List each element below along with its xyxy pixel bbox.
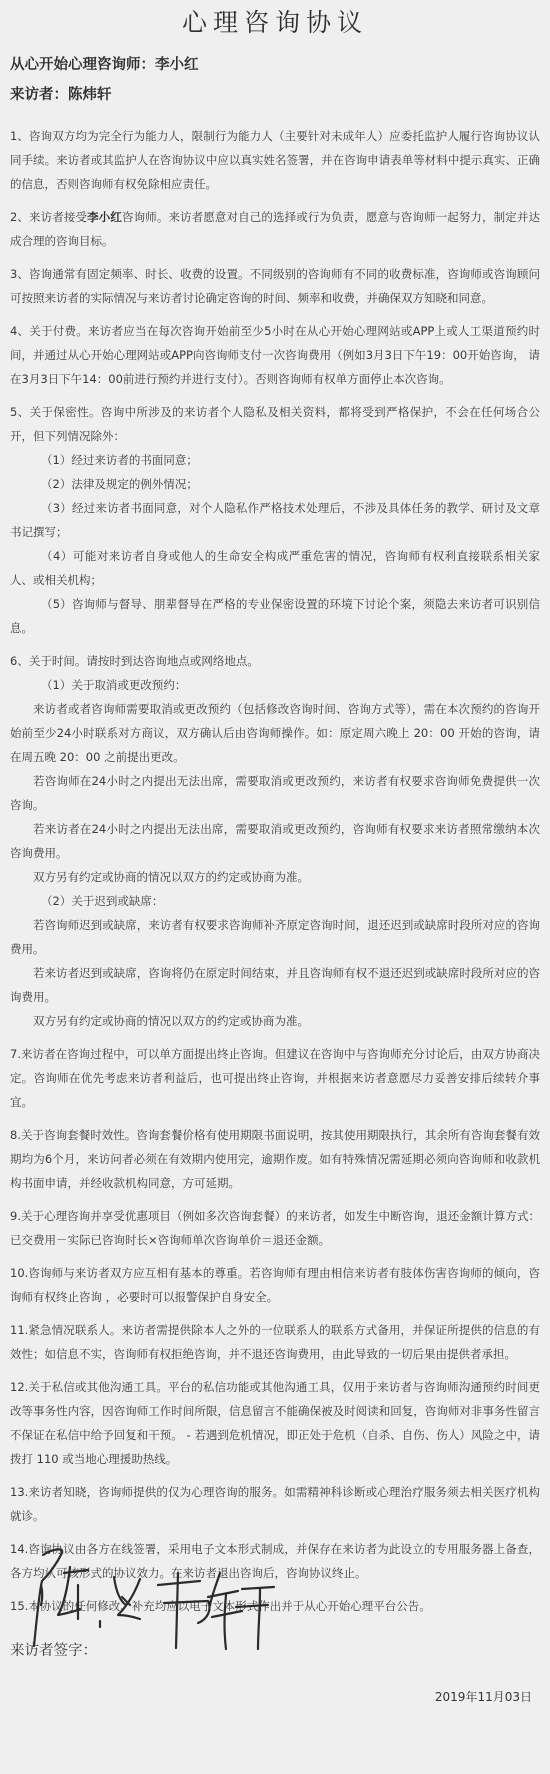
visitor-line: 来访者：陈炜轩	[10, 80, 540, 110]
clause-6-sub1-text: 双方另有约定或协商的情况以双方的约定或协商为准。	[10, 865, 540, 889]
clause-5-item: （4）可能对来访者自身或他人的生命安全构成严重危害的情况，咨询师有权利直接联系相…	[10, 544, 540, 592]
clause-6: 6、关于时间。请按时到达咨询地点或网络地点。 （1）关于取消或更改预约： 来访者…	[10, 649, 540, 1033]
clause-6-sub2-heading: （2）关于迟到或缺席：	[10, 889, 540, 913]
clause-5-item: （3）经过来访者书面同意，对个人隐私作严格技术处理后，不涉及具体任务的教学、研讨…	[10, 496, 540, 544]
clause-1: 1、咨询双方均为完全行为能力人，限制行为能力人（主要针对未成年人）应委托监护人履…	[10, 124, 540, 196]
clause-6-sub1-text: 来访者或者咨询师需要取消或更改预约（包括修改咨询时间、咨询方式等），需在本次预约…	[10, 697, 540, 769]
handwritten-signature	[30, 1545, 290, 1655]
clause-5-item: （2）法律及规定的例外情况；	[10, 472, 540, 496]
clause-2-prefix: 2、来访者接受	[10, 210, 87, 224]
clause-6-sub1-heading: （1）关于取消或更改预约：	[10, 673, 540, 697]
counselor-line: 从心开始心理咨询师：李小红	[10, 50, 540, 80]
clause-12: 12.关于私信或其他沟通工具。平台的私信功能或其他沟通工具，仅用于来访者与咨询师…	[10, 1375, 540, 1471]
signature-date: 2019年11月03日	[435, 1688, 532, 1705]
clause-6-sub2-text: 若来访者迟到或缺席，咨询将仍在原定时间结束，并且咨询师有权不退还迟到或缺席时段所…	[10, 961, 540, 1009]
page-title: 心理咨询协议	[10, 0, 540, 40]
clause-9: 9.关于心理咨询并享受优惠项目（例如多次咨询套餐）的来访者，如发生中断咨询，退还…	[10, 1204, 540, 1252]
clause-4: 4、关于付费。来访者应当在每次咨询开始前至少5小时在从心开始心理网站或APP上或…	[10, 319, 540, 391]
clause-2: 2、来访者接受李小红咨询师。来访者愿意对自己的选择或行为负责，愿意与咨询师一起努…	[10, 205, 540, 253]
clause-6-sub2-text: 若咨询师迟到或缺席，来访者有权要求咨询师补齐原定咨询时间，退还迟到或缺席时段所对…	[10, 913, 540, 961]
clause-5-item: （1）经过来访者的书面同意；	[10, 448, 540, 472]
clause-6-sub1-text: 若来访者在24小时之内提出无法出席，需要取消或更改预约，咨询师有权要求来访者照常…	[10, 817, 540, 865]
clause-7: 7.来访者在咨询过程中，可以单方面提出终止咨询。但建议在咨询中与咨询师充分讨论后…	[10, 1042, 540, 1114]
clause-5-intro: 5、关于保密性。咨询中所涉及的来访者个人隐私及相关资料，都将受到严格保护，不会在…	[10, 400, 540, 448]
clause-5: 5、关于保密性。咨询中所涉及的来访者个人隐私及相关资料，都将受到严格保护，不会在…	[10, 400, 540, 640]
clause-6-sub1-text: 若咨询师在24小时之内提出无法出席，需要取消或更改预约，来访者有权要求咨询师免费…	[10, 769, 540, 817]
clause-3: 3、咨询通常有固定频率、时长、收费的设置。不同级别的咨询师有不同的收费标准，咨询…	[10, 262, 540, 310]
clause-10: 10.咨询师与来访者双方应互相有基本的尊重。若咨询师有理由相信来访者有肢体伤害咨…	[10, 1261, 540, 1309]
clause-6-intro: 6、关于时间。请按时到达咨询地点或网络地点。	[10, 649, 540, 673]
counselor-name-highlight: 李小红	[87, 210, 122, 224]
clause-6-sub2-text: 双方另有约定或协商的情况以双方的约定或协商为准。	[10, 1009, 540, 1033]
agreement-document: 心理咨询协议 从心开始心理咨询师：李小红 来访者：陈炜轩 1、咨询双方均为完全行…	[0, 0, 550, 1666]
clause-5-item: （5）咨询师与督导、朋辈督导在严格的专业保密设置的环境下讨论个案，须隐去来访者可…	[10, 592, 540, 640]
clause-8: 8.关于咨询套餐时效性。咨询套餐价格有使用期限书面说明，按其使用期限执行，其余所…	[10, 1123, 540, 1195]
clauses: 1、咨询双方均为完全行为能力人，限制行为能力人（主要针对未成年人）应委托监护人履…	[10, 124, 540, 1618]
clause-11: 11.紧急情况联系人。来访者需提供除本人之外的一位联系人的联系方式备用，并保证所…	[10, 1318, 540, 1366]
clause-13: 13.来访者知晓，咨询师提供的仅为心理咨询的服务。如需精神科诊断或心理治疗服务须…	[10, 1480, 540, 1528]
